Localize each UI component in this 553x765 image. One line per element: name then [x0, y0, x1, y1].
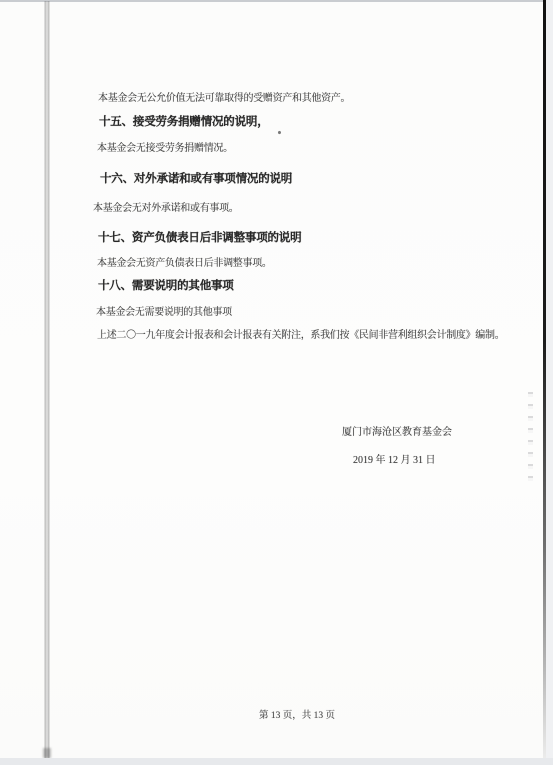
section-15-body: 本基金会无接受劳务捐赠情况。	[97, 143, 233, 155]
document-page: 本基金会无公允价值无法可靠取得的受赠资产和其他资产。 十五、接受劳务捐赠情况的说…	[0, 0, 546, 758]
scanned-document-image: 本基金会无公允价值无法可靠取得的受赠资产和其他资产。 十五、接受劳务捐赠情况的说…	[0, 0, 553, 765]
section-18-heading: 十八、需要说明的其他事项	[98, 280, 234, 293]
section-16-body: 本基金会无对外承诺和或有事项。	[93, 203, 239, 215]
organization-signature: 厦门市海沧区教育基金会	[342, 427, 452, 439]
section-18-body: 本基金会无需要说明的其他事项	[96, 307, 232, 319]
section-17-heading: 十七、资产负债表日后非调整事项的说明	[98, 232, 301, 245]
scan-artifact-speck	[278, 131, 282, 135]
bleedthrough-artifact	[528, 392, 533, 488]
page-number-footer: 第 13 页，共 13 页	[50, 711, 544, 722]
scanner-background-right	[546, 0, 553, 765]
intro-paragraph: 本基金会无公允价值无法可靠取得的受赠资产和其他资产。	[98, 93, 350, 105]
binding-fold-line	[44, 1, 50, 758]
binding-fold-line-tip	[43, 748, 51, 758]
scanner-background-bottom	[0, 758, 553, 765]
section-15-heading: 十五、接受劳务捐赠情况的说明，	[99, 116, 269, 129]
scan-top-edge-line	[0, 0, 553, 2]
closing-note: 上述二〇一九年度会计报表和会计报表有关附注，系我们按《民间非营利组织会计制度》编…	[97, 330, 504, 342]
section-17-body: 本基金会无资产负债表日后非调整事项。	[97, 258, 272, 270]
report-date: 2019 年 12 月 31 日	[353, 455, 436, 467]
section-16-heading: 十六、对外承诺和或有事项情况的说明	[100, 173, 292, 186]
